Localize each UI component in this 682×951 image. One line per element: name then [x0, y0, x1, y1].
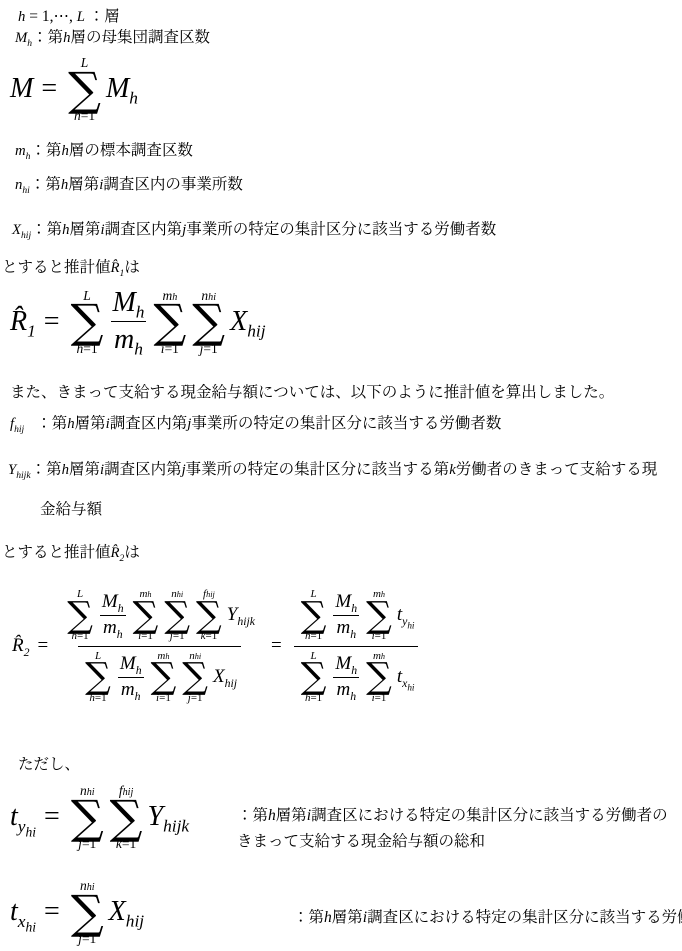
limit-val: =1 — [82, 931, 96, 947]
math-sub: hij — [126, 912, 144, 931]
sigma-icon: ∑ — [192, 303, 225, 341]
sum-lower-limit: h=1 — [305, 630, 322, 643]
math-sub: hijk — [16, 470, 30, 481]
math-var: m — [121, 679, 135, 700]
paragraph-intro-R2: また、きまって支給する現金給与額については、以下のように推計値を算出しました。 — [10, 380, 614, 402]
text-run: 層第 — [276, 807, 307, 824]
math-var: L — [77, 9, 85, 25]
sigma-icon: ∑ — [110, 799, 143, 837]
math-var: m — [336, 617, 350, 638]
sigma-icon: ∑ — [196, 601, 222, 631]
text-run: 層第 — [75, 415, 106, 432]
summation: fhij ∑ k=1 — [196, 588, 222, 643]
limit-val: =1 — [375, 630, 387, 643]
fraction-denominator: mh — [333, 677, 359, 703]
limit-val: =1 — [82, 836, 96, 852]
math-sub-var: x — [18, 912, 26, 931]
math-term: R̂1 — [10, 306, 36, 338]
math-sub: hij — [247, 321, 265, 340]
math-sub: h — [136, 303, 145, 322]
text-run: 層の母集団調査区数 — [70, 29, 210, 46]
text-run: 層の標本調査区数 — [69, 142, 193, 159]
big-fraction-right: L ∑ h=1 Mh mh mh ∑ i=1 tyhi L ∑ — [294, 585, 419, 708]
math-sub: h — [136, 664, 142, 677]
limit-val: =1 — [205, 630, 217, 643]
sum-lower-limit: h=1 — [71, 630, 88, 643]
math-sub: yhi — [18, 817, 36, 836]
formula-txhi-description: ：第h層第i調査区における特定の集計区分に該当する労働者数 — [293, 905, 682, 931]
fraction-denominator: mh — [100, 615, 126, 641]
sum-lower-limit: h=1 — [305, 692, 322, 705]
summation: mh ∑ i=1 — [366, 650, 392, 705]
lead-line-R1: とすると推計値R̂1は — [2, 255, 140, 277]
sigma-icon: ∑ — [71, 303, 104, 341]
equals-sign: = — [41, 73, 57, 105]
formula-txhi: txhi = nhi ∑ j=1 Xhij — [8, 878, 144, 947]
summation: L ∑ h=1 — [67, 588, 93, 643]
fraction-numerator: Mh — [99, 590, 127, 615]
lead-line-tadashi: ただし、 — [18, 752, 80, 774]
math-subsub: hi — [26, 824, 37, 839]
big-fraction-numerator: L ∑ h=1 Mh mh mh ∑ i=1 nhi ∑ j=1 — [60, 585, 259, 646]
fraction-denominator: mh — [333, 615, 359, 641]
fraction-denominator: mh — [118, 677, 144, 703]
sigma-icon: ∑ — [301, 662, 327, 692]
math-var: M — [120, 653, 136, 674]
text-run: 調査区における特定の集計区分に該当する労働者数 — [367, 909, 682, 926]
sum-lower-limit: h=1 — [89, 692, 106, 705]
math-var: R̂ — [111, 545, 120, 561]
summation: nhi ∑ j=1 — [71, 878, 104, 947]
formula-R1: R̂1 = L ∑ h=1 Mh mh mh ∑ i=1 nhi ∑ j=1 X… — [8, 285, 266, 359]
text-run: ：第 — [237, 807, 268, 824]
math-term: Yhijk — [227, 604, 255, 626]
math-sub: hij — [14, 424, 24, 435]
text-run: 調査区内第 — [104, 461, 182, 478]
sigma-icon: ∑ — [67, 601, 93, 631]
math-var: X — [230, 306, 247, 337]
sigma-icon: ∑ — [366, 662, 392, 692]
summation: L ∑ h=1 — [301, 588, 327, 643]
text-run: 事業所の特定の集計区分に該当する労働者数 — [186, 221, 496, 238]
limit-val: =1 — [122, 836, 136, 852]
limit-val: =1 — [95, 692, 107, 705]
math-var: h — [67, 416, 74, 432]
sum-lower-limit: i=1 — [156, 692, 171, 705]
fraction-Mh-mh: Mh mh — [117, 652, 145, 702]
math-var: R̂ — [12, 635, 24, 656]
text-run: 層第 — [69, 461, 100, 478]
sum-lower-limit: h=1 — [74, 108, 95, 124]
math-subsub: hi — [407, 682, 414, 692]
summation: nhi ∑ j=1 — [182, 650, 208, 705]
math-var: R̂ — [10, 306, 27, 337]
summation: mh ∑ i=1 — [133, 588, 159, 643]
math-sub: yhi — [402, 615, 414, 628]
summation: fhij ∑ k=1 — [110, 783, 143, 852]
limit-val: =1 — [77, 630, 89, 643]
math-sub: 2 — [24, 646, 30, 659]
sigma-icon: ∑ — [153, 303, 186, 341]
sum-lower-limit: j=1 — [78, 836, 96, 852]
big-fraction-denominator: L ∑ h=1 Mh mh mh ∑ i=1 nhi ∑ j=1 — [78, 646, 241, 708]
text-run: ：第 — [30, 142, 61, 159]
def-line-mh: mh：第h層の標本調査区数 — [15, 138, 193, 160]
limit-val: =1 — [191, 692, 203, 705]
sum-lower-limit: j=1 — [200, 341, 218, 357]
math-sub: h — [135, 689, 141, 702]
math-var: Y — [8, 462, 16, 478]
math-term-txhi: txhi — [397, 666, 415, 688]
math-var: M — [15, 30, 27, 46]
math-var: X — [213, 666, 225, 687]
math-sub: hi — [22, 185, 29, 196]
math-var: Y — [148, 801, 164, 832]
math-var: h — [324, 909, 332, 926]
sum-lower-limit: i=1 — [161, 341, 179, 357]
text-run: 金給与額 — [40, 501, 102, 518]
sigma-icon: ∑ — [164, 601, 190, 631]
math-sub-var: y — [18, 817, 26, 836]
math-var: h — [62, 222, 69, 238]
math-term: Mh — [106, 73, 138, 105]
math-term: Xhij — [213, 666, 237, 688]
math-sub: hij — [21, 230, 31, 241]
text-run: 層第 — [68, 176, 99, 193]
math-var: m — [15, 143, 26, 159]
limit-val: =1 — [165, 341, 179, 357]
math-var: Y — [227, 604, 238, 625]
math-var: X — [12, 222, 21, 238]
sum-lower-limit: j=1 — [78, 931, 96, 947]
text-run: 事業所の特定の集計区分に該当する第 — [186, 461, 450, 478]
math-var: M — [10, 73, 33, 105]
big-fraction-left: L ∑ h=1 Mh mh mh ∑ i=1 nhi ∑ j=1 — [60, 585, 259, 708]
sigma-icon: ∑ — [71, 799, 104, 837]
equals-sign: = — [271, 635, 282, 657]
limit-var: h — [74, 108, 81, 124]
math-sub: h — [351, 602, 357, 615]
sigma-icon: ∑ — [133, 601, 159, 631]
text-run: ：第 — [36, 415, 67, 432]
sum-lower-limit: k=1 — [201, 630, 218, 643]
text-run: ただし、 — [18, 756, 80, 773]
summation: L ∑ h=1 — [68, 55, 101, 124]
sigma-icon: ∑ — [366, 601, 392, 631]
math-term-tyhi: tyhi — [10, 801, 36, 833]
formula-M-total: M = L ∑ h=1 Mh — [8, 55, 138, 124]
sigma-icon: ∑ — [71, 894, 104, 932]
limit-val: =1 — [375, 692, 387, 705]
math-sub: h — [117, 628, 123, 641]
lead-line-R2: とすると推計値R̂2は — [2, 540, 140, 562]
math-var: h — [62, 462, 69, 478]
text-run: 労働者のきまって支給する現 — [456, 461, 658, 478]
limit-val: =1 — [81, 108, 95, 124]
math-var: h — [268, 807, 276, 824]
math-var: t — [10, 896, 18, 927]
math-var: m — [114, 324, 134, 355]
math-sub: h — [129, 89, 138, 108]
summation: mh ∑ i=1 — [151, 650, 177, 705]
math-term-tyhi: tyhi — [397, 604, 415, 626]
fraction-numerator: Mh — [332, 652, 360, 677]
text-run: また、きまって支給する現金給与額については、以下のように推計値を算出しました。 — [10, 384, 614, 401]
sigma-icon: ∑ — [182, 662, 208, 692]
text-run: 事業所の特定の集計区分に該当する労働者数 — [191, 415, 501, 432]
math-sub: 1 — [27, 321, 36, 340]
limit-val: =1 — [159, 692, 171, 705]
text-run: 層第 — [70, 221, 101, 238]
fraction-Mh-mh: Mh mh — [332, 590, 360, 640]
math-sub: xhi — [18, 912, 36, 931]
math-var: M — [102, 591, 118, 612]
def-line-fhij: fhij：第h層第i調査区内第j事業所の特定の集計区分に該当する労働者数 — [10, 411, 501, 433]
document-page: h = 1,⋯, L ：層 Mh：第h層の母集団調査区数 M = L ∑ h=1… — [0, 0, 682, 951]
math-term: Xhij — [109, 896, 144, 928]
math-term: Xhij — [230, 306, 265, 338]
math-subsub: hi — [407, 621, 414, 631]
fraction-Mh-mh: Mh mh — [109, 285, 147, 359]
text-run: は — [124, 259, 140, 276]
math-var: R̂ — [111, 260, 120, 276]
math-sub: hijk — [163, 817, 189, 836]
text-run: ：第 — [31, 221, 62, 238]
limit-val: =1 — [310, 630, 322, 643]
text-run: ：第 — [32, 29, 63, 46]
sum-lower-limit: j=1 — [188, 692, 203, 705]
text-run: 調査区内第 — [110, 415, 188, 432]
def-line-nhi: nhi：第h層第i調査区内の事業所数 — [15, 172, 243, 194]
limit-val: =1 — [83, 341, 97, 357]
math-var: m — [336, 679, 350, 700]
math-sub: hijk — [237, 615, 255, 628]
text-run: ：第 — [293, 909, 324, 926]
text-run: 層第 — [332, 909, 363, 926]
math-sub: hij — [225, 677, 237, 690]
summation: L ∑ h=1 — [301, 650, 327, 705]
math-var: h — [61, 143, 68, 159]
def-line-Xhij: Xhij：第h層第i調査区内第j事業所の特定の集計区分に該当する労働者数 — [12, 217, 496, 239]
limit-val: =1 — [173, 630, 185, 643]
math-term-txhi: txhi — [10, 896, 36, 928]
summation: L ∑ h=1 — [71, 288, 104, 357]
fraction-numerator: Mh — [109, 285, 147, 321]
math-sub: h — [350, 628, 356, 641]
math-term: Yhijk — [148, 801, 190, 833]
text-run: 調査区内の事業所数 — [103, 176, 243, 193]
fraction-numerator: Mh — [117, 652, 145, 677]
math-sub: xhi — [402, 677, 414, 690]
summation: nhi ∑ j=1 — [192, 288, 225, 357]
math-sub: h — [134, 340, 143, 359]
sum-lower-limit: j=1 — [170, 630, 185, 643]
big-fraction-denominator: L ∑ h=1 Mh mh mh ∑ i=1 txhi — [294, 646, 419, 708]
summation: mh ∑ i=1 — [366, 588, 392, 643]
math-sub: h — [350, 689, 356, 702]
text-run: とすると推計値 — [2, 544, 111, 561]
fraction-denominator: mh — [111, 321, 146, 358]
limit-var: h — [76, 341, 83, 357]
math-var: M — [335, 591, 351, 612]
equals-sign: = — [44, 801, 60, 833]
limit-val: =1 — [203, 341, 217, 357]
summation: nhi ∑ j=1 — [164, 588, 190, 643]
fraction-Mh-mh: Mh mh — [332, 652, 360, 702]
text-run: ：第 — [31, 461, 62, 478]
text-run: = 1,⋯, — [25, 8, 76, 25]
math-var: M — [335, 653, 351, 674]
formula-tyhi: tyhi = nhi ∑ j=1 fhij ∑ k=1 Yhijk — [8, 783, 189, 852]
def-line-Mh: Mh：第h層の母集団調査区数 — [15, 25, 210, 47]
equals-sign: = — [44, 896, 60, 928]
sigma-icon: ∑ — [85, 662, 111, 692]
limit-val: =1 — [141, 630, 153, 643]
sigma-icon: ∑ — [151, 662, 177, 692]
sigma-icon: ∑ — [301, 601, 327, 631]
math-var: t — [10, 801, 18, 832]
summation: nhi ∑ j=1 — [71, 783, 104, 852]
summation: L ∑ h=1 — [85, 650, 111, 705]
math-var: M — [106, 73, 129, 104]
equals-sign: = — [38, 635, 49, 657]
limit-val: =1 — [310, 692, 322, 705]
sigma-icon: ∑ — [68, 71, 101, 109]
fraction-Mh-mh: Mh mh — [99, 590, 127, 640]
def-line-strata: h = 1,⋯, L ：層 — [18, 4, 120, 26]
fraction-numerator: Mh — [332, 590, 360, 615]
text-run: とすると推計値 — [2, 259, 111, 276]
math-sub: h — [118, 602, 124, 615]
text-run: ：第 — [30, 176, 61, 193]
sum-lower-limit: i=1 — [138, 630, 153, 643]
math-var: X — [109, 896, 126, 927]
equals-sign: = — [44, 306, 60, 338]
big-fraction-numerator: L ∑ h=1 Mh mh mh ∑ i=1 tyhi — [294, 585, 419, 646]
sum-lower-limit: i=1 — [372, 630, 387, 643]
text-run: は — [124, 544, 140, 561]
sum-lower-limit: i=1 — [372, 692, 387, 705]
math-var: m — [103, 617, 117, 638]
math-term: R̂2 — [12, 635, 30, 657]
def-line-Yhijk: Yhijk：第h層第i調査区内第j事業所の特定の集計区分に該当する第k労働者のき… — [8, 457, 657, 479]
sum-lower-limit: h=1 — [76, 341, 97, 357]
math-var: M — [112, 287, 135, 318]
text-run: 調査区内第 — [105, 221, 183, 238]
sum-lower-limit: k=1 — [116, 836, 136, 852]
formula-tyhi-description: ：第h層第i調査区における特定の集計区分に該当する労働者のきまって支給する現金給… — [237, 803, 679, 855]
summation: mh ∑ i=1 — [153, 288, 186, 357]
def-line-Yhijk-cont: 金給与額 — [40, 497, 102, 519]
math-sub: h — [351, 664, 357, 677]
formula-R2: R̂2 = L ∑ h=1 Mh mh mh ∑ i=1 n — [10, 585, 422, 708]
math-subsub: hi — [26, 919, 37, 934]
text-run: ：層 — [85, 8, 120, 25]
